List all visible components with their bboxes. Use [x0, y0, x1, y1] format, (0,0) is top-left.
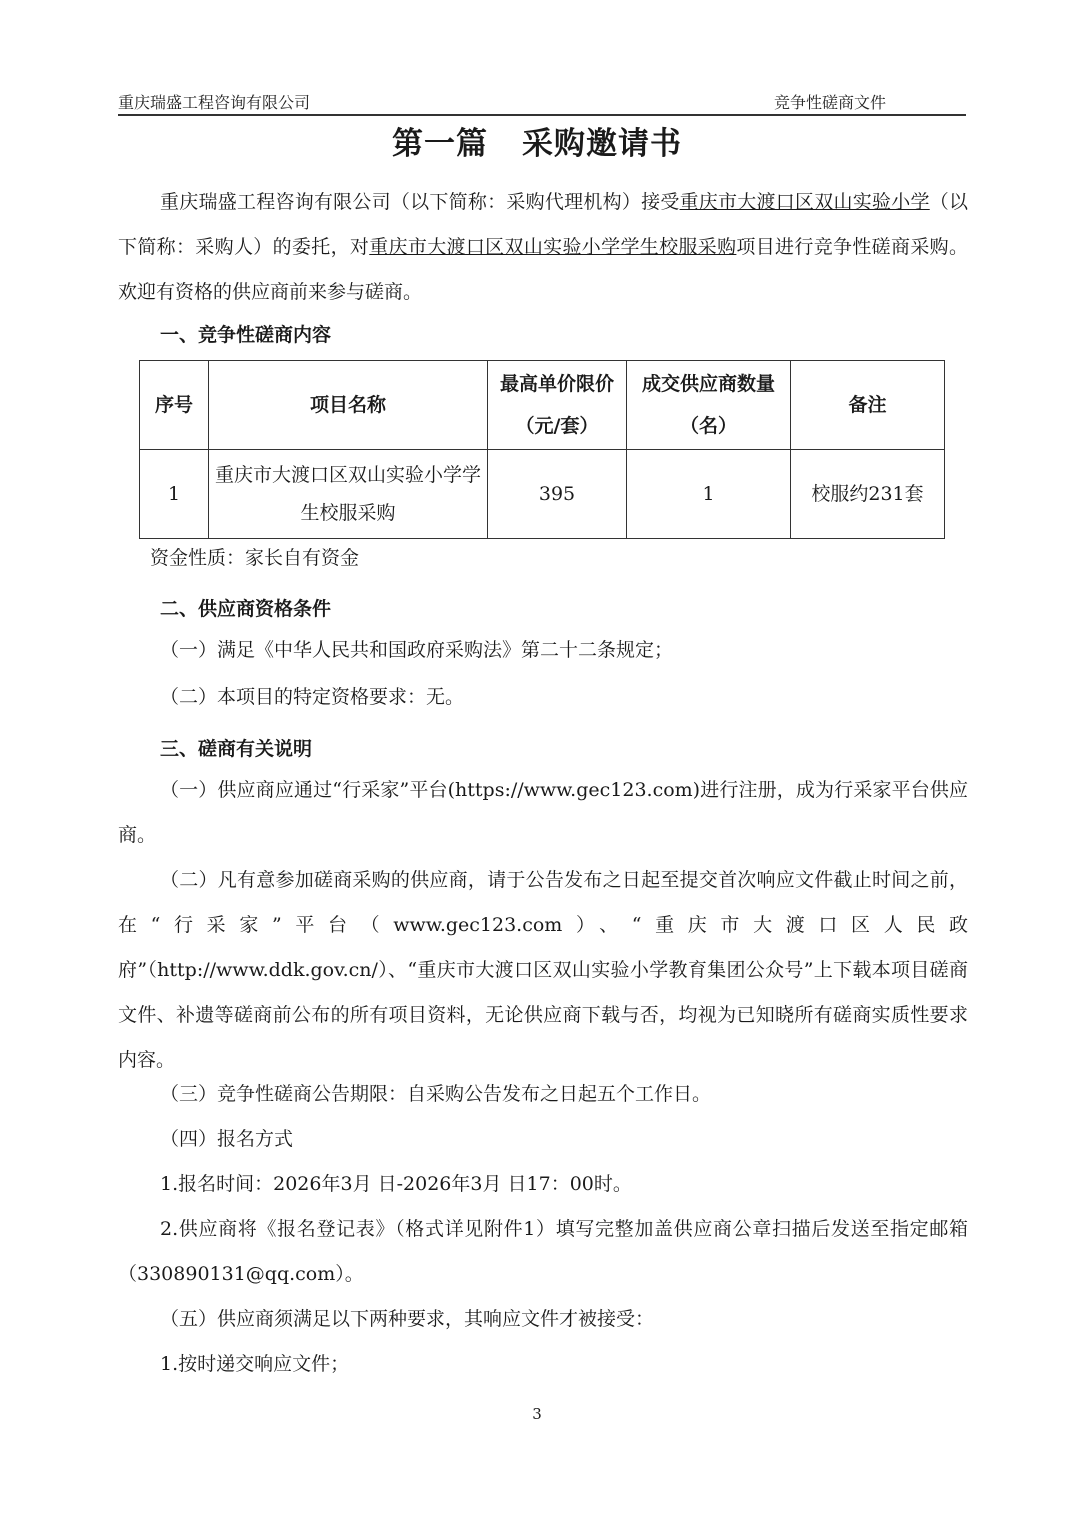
col-header-price: 最高单价限价（元/套）: [488, 361, 627, 450]
section-3-para-4: （四）报名方式: [118, 1117, 968, 1162]
acceptance-condition-1: 1.按时递交响应文件；: [118, 1342, 968, 1387]
procurement-table: 序号 项目名称 最高单价限价（元/套） 成交供应商数量（名） 备注 1 重庆市大…: [139, 360, 945, 539]
cell-remark: 校服约231套: [791, 450, 945, 539]
section-2-item-2: （二）本项目的特定资格要求：无。: [160, 675, 968, 720]
table-header-row: 序号 项目名称 最高单价限价（元/套） 成交供应商数量（名） 备注: [140, 361, 945, 450]
header-doc-type: 竞争性磋商文件: [774, 90, 886, 113]
col-header-suppliers: 成交供应商数量（名）: [627, 361, 791, 450]
col-header-remark: 备注: [791, 361, 945, 450]
intro-paragraph: 重庆瑞盛工程咨询有限公司（以下简称：采购代理机构）接受重庆市大渡口区双山实验小学…: [118, 180, 968, 315]
purchaser-name: 重庆市大渡口区双山实验小学: [680, 191, 930, 213]
section-1-heading: 一、竞争性磋商内容: [160, 320, 331, 347]
section-3-heading: 三、磋商有关说明: [160, 734, 312, 761]
page-title: 第一篇采购邀请书: [0, 118, 1074, 163]
col-header-index: 序号: [140, 361, 209, 450]
section-3-para-1: （一）供应商应通过“行采家”平台(https://www.gec123.com)…: [118, 768, 968, 858]
header-company: 重庆瑞盛工程咨询有限公司: [118, 90, 310, 113]
section-2-heading: 二、供应商资格条件: [160, 594, 331, 621]
project-name: 重庆市大渡口区双山实验小学学生校服采购: [369, 236, 736, 258]
cell-suppliers: 1: [627, 450, 791, 539]
col-header-project: 项目名称: [209, 361, 488, 450]
cell-project: 重庆市大渡口区双山实验小学学生校服采购: [209, 450, 488, 539]
intro-text-1: 重庆瑞盛工程咨询有限公司（以下简称：采购代理机构）接受: [160, 191, 680, 213]
page-header: 重庆瑞盛工程咨询有限公司 竞争性磋商文件: [118, 88, 966, 116]
title-part: 第一篇: [392, 126, 488, 162]
page-number: 3: [0, 1405, 1074, 1423]
registration-method: 2.供应商将《报名登记表》（格式详见附件1）填写完整加盖供应商公章扫描后发送至指…: [118, 1207, 968, 1297]
funding-note: 资金性质：家长自有资金: [150, 536, 950, 581]
table-row: 1 重庆市大渡口区双山实验小学学生校服采购 395 1 校服约231套: [140, 450, 945, 539]
registration-time: 1.报名时间：2026年3月 日-2026年3月 日17：00时。: [118, 1162, 968, 1207]
section-3-para-3: （三）竞争性磋商公告期限：自采购公告发布之日起五个工作日。: [118, 1072, 968, 1117]
title-name: 采购邀请书: [522, 126, 682, 162]
cell-price: 395: [488, 450, 627, 539]
section-3-para-5: （五）供应商须满足以下两种要求，其响应文件才被接受：: [118, 1297, 968, 1342]
section-3-para-2: （二）凡有意参加磋商采购的供应商，请于公告发布之日起至提交首次响应文件截止时间之…: [118, 858, 968, 1083]
cell-index: 1: [140, 450, 209, 539]
section-2-item-1: （一）满足《中华人民共和国政府采购法》第二十二条规定；: [160, 628, 968, 673]
